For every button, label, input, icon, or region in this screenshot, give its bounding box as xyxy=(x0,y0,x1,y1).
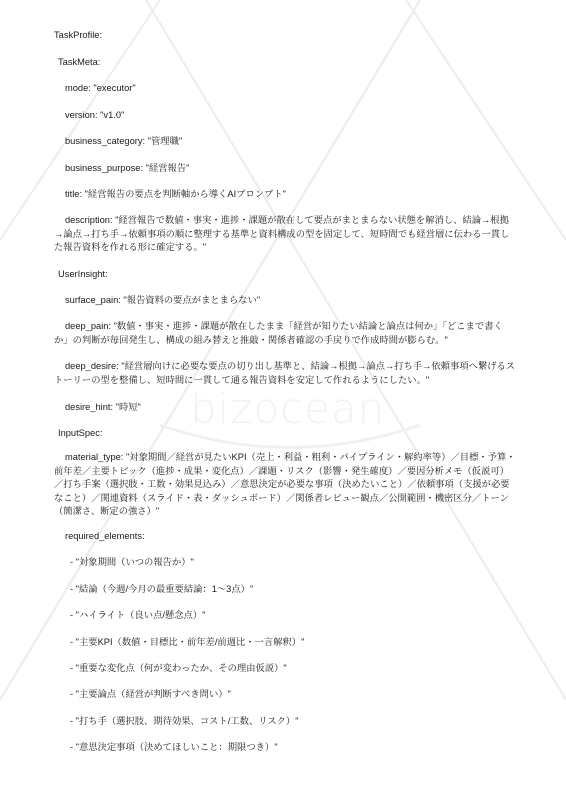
field-mode: mode: "executor" xyxy=(65,82,136,95)
field-description: description: "経営報告で数値・事実・進捗・課題が散在して要点がまと… xyxy=(54,214,514,255)
field-version: version: "v1.0" xyxy=(65,109,124,122)
field-title: title: "経営報告の要点を判断軸から導くAIプロンプト" xyxy=(65,188,286,201)
list-item: - "打ち手（選択肢、期待効果、コスト/工数、リスク）" xyxy=(70,715,299,728)
field-surface-pain: surface_pain: "報告資料の要点がまとまらない" xyxy=(65,294,260,307)
field-material-type: material_type: "対象期間／経営が見たいKPI（売上・利益・粗利・… xyxy=(54,451,516,519)
section-heading-userinsight: UserInsight: xyxy=(58,268,108,281)
list-item: - "主要KPI（数値・目標比・前年差/前週比・一言解釈）" xyxy=(70,636,304,649)
field-business-purpose: business_purpose: "経営報告" xyxy=(65,162,189,175)
list-item: - "結論（今週/今月の最重要結論：1〜3点）" xyxy=(70,583,253,596)
section-heading-taskmeta: TaskMeta: xyxy=(58,56,100,69)
field-deep-desire: deep_desire: "経営層向けに必要な要点の切り出し基準と、結論→根拠→… xyxy=(54,360,516,387)
list-item: - "対象期間（いつの報告か）" xyxy=(70,556,194,569)
list-item: - "主要論点（経営が判断すべき問い）" xyxy=(70,688,231,701)
field-required-elements: required_elements: xyxy=(65,530,145,543)
section-heading-inputspec: InputSpec: xyxy=(58,427,102,440)
list-item: - "重要な変化点（何が変わったか、その理由仮説）" xyxy=(70,662,287,675)
field-business-category: business_category: "管理職" xyxy=(65,135,182,148)
list-item: - "意思決定事項（決めてほしいこと：期限つき）" xyxy=(70,741,278,754)
root-key: TaskProfile: xyxy=(54,29,102,42)
field-deep-pain: deep_pain: "数値・事実・進捗・課題が散在したまま「経営が知りたい結論… xyxy=(54,320,516,347)
watermark-text: bizocean xyxy=(190,384,385,433)
list-item: - "ハイライト（良い点/懸念点）" xyxy=(70,609,205,622)
field-desire-hint: desire_hint: "時短" xyxy=(65,401,141,414)
